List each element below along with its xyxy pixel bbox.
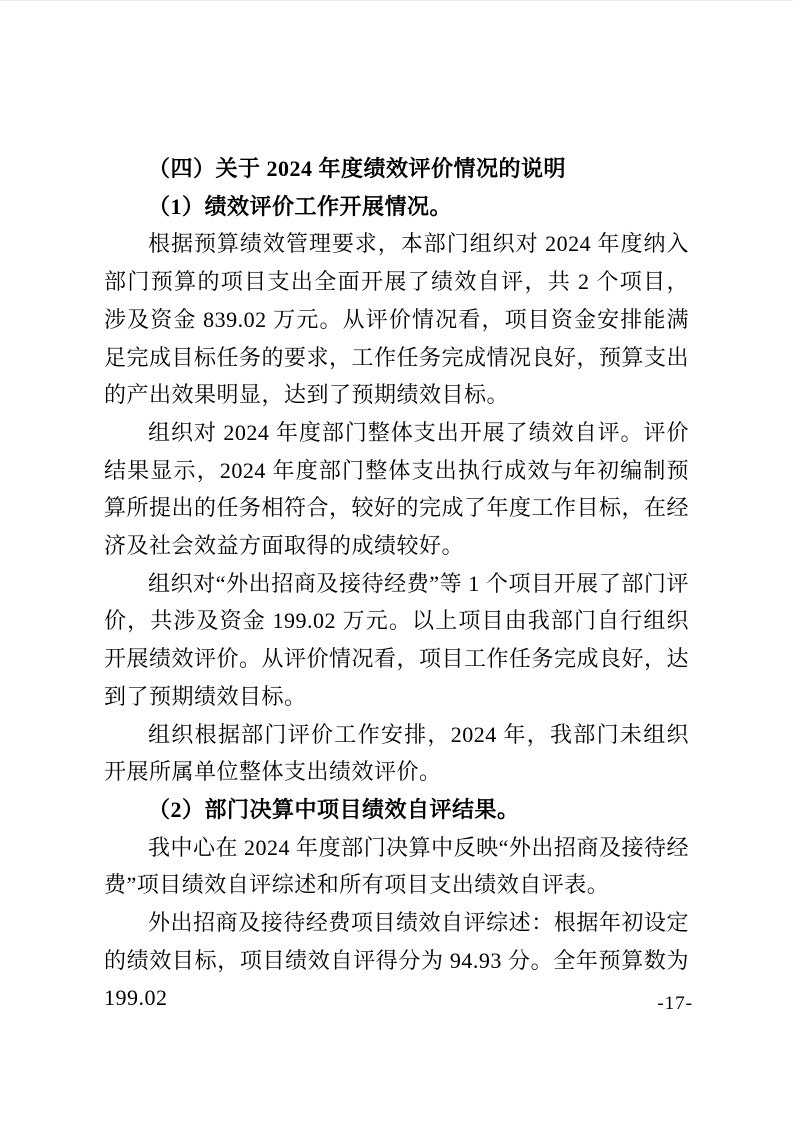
section-heading-performance-evaluation: （四）关于 2024 年度绩效评价情况的说明 [104,150,689,188]
subsection-heading-final-accounts-results: （2）部门决算中项目绩效自评结果。 [104,791,689,829]
document-content: （四）关于 2024 年度绩效评价情况的说明 （1）绩效评价工作开展情况。 根据… [104,150,689,1017]
paragraph-subordinate-units: 组织根据部门评价工作安排，2024 年，我部门未组织开展所属单位整体支出绩效评价… [104,716,689,791]
paragraph-self-evaluation-score: 外出招商及接待经费项目绩效自评综述：根据年初设定的绩效目标，项目绩效自评得分为 … [104,904,689,1017]
document-page: （四）关于 2024 年度绩效评价情况的说明 （1）绩效评价工作开展情况。 根据… [0,0,793,1122]
paragraph-department-overall-expenditure: 组织对 2024 年度部门整体支出开展了绩效自评。评价结果显示，2024 年度部… [104,414,689,565]
paragraph-self-evaluation-overview: 根据预算绩效管理要求，本部门组织对 2024 年度纳入部门预算的项目支出全面开展… [104,225,689,414]
paragraph-final-accounts-reflection: 我中心在 2024 年度部门决算中反映“外出招商及接待经费”项目绩效自评综述和所… [104,829,689,904]
paragraph-department-evaluation-project: 组织对“外出招商及接待经费”等 1 个项目开展了部门评价，共涉及资金 199.0… [104,565,689,716]
subsection-heading-evaluation-work: （1）绩效评价工作开展情况。 [104,188,689,226]
page-number: -17- [657,993,693,1015]
